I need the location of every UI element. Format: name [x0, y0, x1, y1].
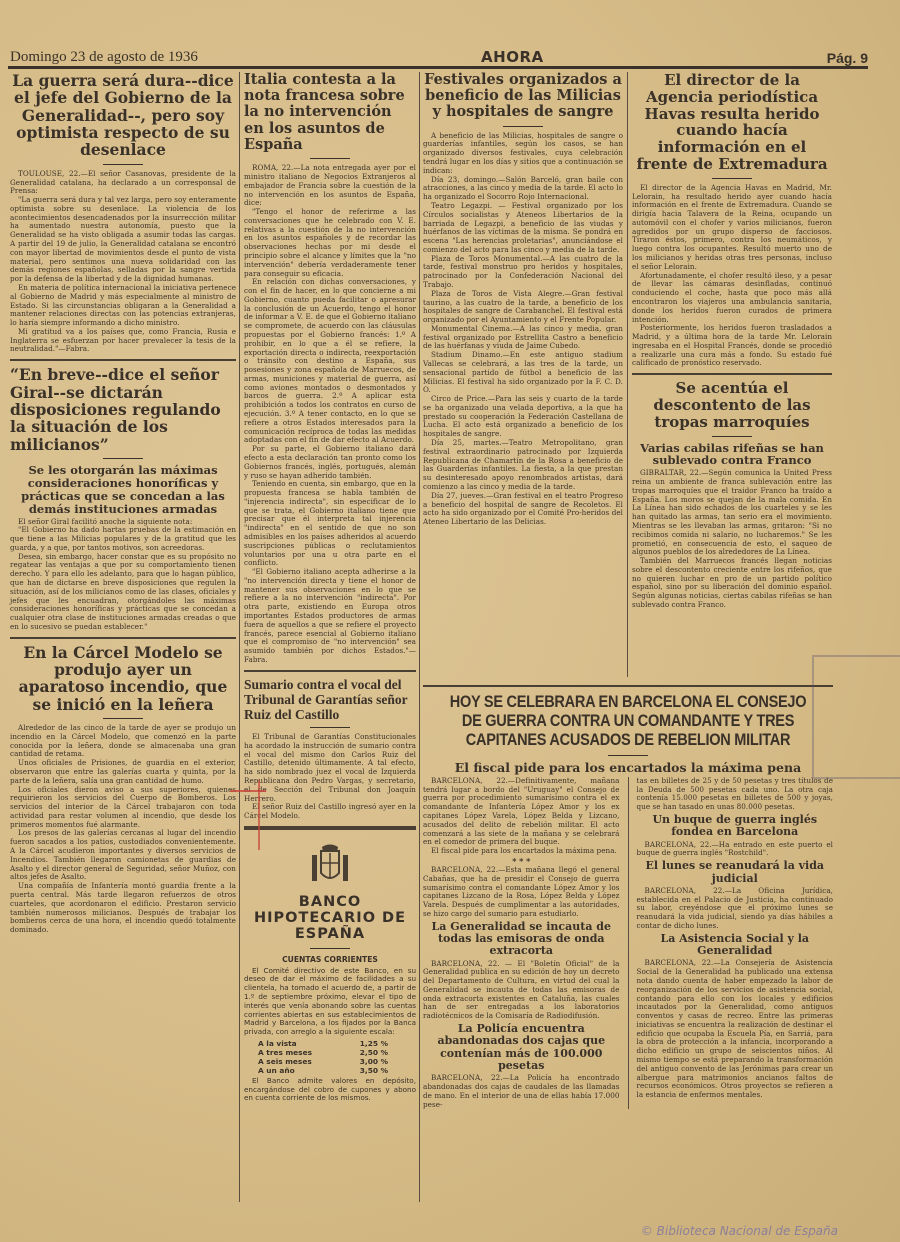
subheadline: Varias cabilas rifeñas se han sublevado …	[632, 442, 832, 468]
ad-intro: El Comité directivo de este Banco, en su…	[244, 967, 416, 1037]
rate-value: 1,25 %	[360, 1039, 388, 1048]
paragraph: Afortunadamente, el chofer resultó ileso…	[632, 272, 832, 325]
paragraph: Plaza de Toros Monumental.—A las cuatro …	[423, 255, 623, 290]
divider	[310, 158, 350, 159]
paragraph: "El Gobierno ha dado hartas pruebas de l…	[10, 526, 236, 552]
paragraph: ROMA, 22.—La nota entregada ayer por el …	[244, 164, 416, 208]
paragraph: Mi gratitud va a los países que, como Fr…	[10, 328, 236, 354]
paragraph: Desea, sin embargo, hacer constar que es…	[10, 553, 236, 632]
rate-row: A seis meses3,00 %	[258, 1057, 388, 1066]
paragraph: Día 23, domingo.—Salón Barceló, gran bai…	[423, 176, 623, 202]
paragraph: BARCELONA, 22.—Ha entrado en este puerto…	[637, 841, 834, 859]
article-consejo-guerra: HOY SE CELEBRARA EN BARCELONA EL CONSEJO…	[423, 685, 833, 1109]
column-3: Festivales organizados a beneficio de la…	[423, 72, 623, 527]
banner-right-column: tas en billetes de 25 y de 50 pesetas y …	[637, 777, 834, 1110]
paragraph: Los presos de las galerías cercanas al l…	[10, 829, 236, 882]
paragraph: El señor Ruiz del Castillo ingresó ayer …	[244, 803, 416, 821]
article-havas: El director de la Agencia periodística H…	[632, 72, 832, 368]
paragraph: El director de la Agencia Havas en Madri…	[632, 184, 832, 272]
red-pencil-mark	[258, 780, 260, 850]
headline: Sumario contra el vocal del Tribunal de …	[244, 677, 416, 722]
paragraph: A beneficio de las Milicias, hospitales …	[423, 132, 623, 176]
headline: El director de la Agencia periodística H…	[632, 72, 832, 173]
article-separator	[244, 670, 416, 672]
divider	[103, 458, 143, 459]
rate-term: A la vista	[258, 1039, 297, 1048]
banner-left-column: BARCELONA, 22.—Definitivamente, mañana t…	[423, 777, 620, 1110]
article-separator	[10, 359, 236, 361]
paragraph: Monumental Cinema.—A las cinco y media, …	[423, 325, 623, 351]
headline: En la Cárcel Modelo se produjo ayer un a…	[10, 644, 236, 713]
divider	[712, 178, 752, 179]
paragraph: BARCELONA, 22.—La Consejería de Asistenc…	[637, 959, 834, 1100]
paragraph: Posteriormente, los heridos fueron trasl…	[632, 324, 832, 368]
column-divider	[627, 72, 628, 677]
paragraph: "Tengo el honor de referirme a las conve…	[244, 208, 416, 278]
rate-row: A la vista1,25 %	[258, 1039, 388, 1048]
paragraph: "El Gobierno italiano acepta adherirse a…	[244, 568, 416, 665]
paragraph: TOULOUSE, 22.—El señor Casanovas, presid…	[10, 170, 236, 196]
issue-date: Domingo 23 de agosto de 1936	[10, 49, 198, 66]
masthead-rule	[8, 66, 868, 69]
headline: “En breve--dice el señor Giral--se dicta…	[10, 366, 236, 453]
paragraph: El fiscal pide para los encartados la má…	[423, 847, 620, 856]
headline: La Generalidad se incauta de todas las e…	[423, 921, 620, 958]
library-watermark: © Biblioteca Nacional de España	[641, 1224, 838, 1238]
paragraph: BARCELONA, 22.—La Policía ha encontrado …	[423, 1074, 620, 1109]
interest-rate-table: A la vista1,25 % A tres meses2,50 % A se…	[258, 1039, 416, 1075]
rate-term: A un año	[258, 1066, 295, 1075]
page-number: Pág. 9	[827, 50, 868, 66]
paragraph: El Tribunal de Garantías Constitucionale…	[244, 733, 416, 803]
paragraph: Plaza de Toros de Vista Alegre.—Gran fes…	[423, 290, 623, 325]
paragraph: tas en billetes de 25 y de 50 pesetas y …	[637, 777, 834, 812]
paragraph: Unos oficiales de Prisiones, de guardia …	[10, 759, 236, 785]
article-marroquies: Se acentúa el descontento de las tropas …	[632, 380, 832, 610]
rate-term: A seis meses	[258, 1057, 312, 1066]
paragraph: GIBRALTAR, 22.—Según comunica la United …	[632, 469, 832, 557]
divider	[103, 718, 143, 719]
red-pencil-mark	[230, 790, 266, 792]
article-carcel-modelo: En la Cárcel Modelo se produjo ayer un a…	[10, 644, 236, 935]
column-divider	[419, 72, 420, 1202]
column-2: Italia contesta a la nota francesa sobre…	[244, 72, 416, 1103]
article-casanovas: La guerra será dura--dice el jefe del Go…	[10, 72, 236, 354]
article-italia: Italia contesta a la nota francesa sobre…	[244, 72, 416, 665]
ad-section-title: CUENTAS CORRIENTES	[244, 955, 416, 964]
headline: La Policía encuentra abandonadas dos caj…	[423, 1023, 620, 1072]
rate-value: 3,50 %	[360, 1066, 388, 1075]
library-stamp	[812, 655, 900, 779]
headline: La guerra será dura--dice el jefe del Go…	[10, 72, 236, 159]
headline: Italia contesta a la nota francesa sobre…	[244, 72, 416, 153]
article-separator	[244, 826, 416, 830]
headline: El lunes se reanudará la vida judicial	[637, 860, 834, 885]
column-divider	[239, 72, 240, 1202]
article-sumario: Sumario contra el vocal del Tribunal de …	[244, 677, 416, 821]
headline: Se acentúa el descontento de las tropas …	[632, 380, 832, 430]
subheadline: Se les otorgarán las máximas consideraci…	[10, 464, 236, 516]
paragraph: Teatro Legazpi. — Festival organizado po…	[423, 202, 623, 255]
rate-row: A tres meses2,50 %	[258, 1048, 388, 1057]
article-separator	[423, 685, 833, 687]
banner-columns: BARCELONA, 22.—Definitivamente, mañana t…	[423, 777, 833, 1110]
headline: Festivales organizados a beneficio de la…	[423, 72, 623, 121]
divider	[103, 164, 143, 165]
subheadline: El fiscal pide para los encartados la má…	[423, 761, 833, 775]
paragraph: Teniendo en cuenta, sin embargo, que en …	[244, 480, 416, 568]
article-giral: “En breve--dice el señor Giral--se dicta…	[10, 366, 236, 631]
paragraph: BARCELONA, 22. — El "Boletín Oficial" de…	[423, 960, 620, 1021]
paragraph: Circo de Price.—Para las seis y cuarto d…	[423, 395, 623, 439]
column-1: La guerra será dura--dice el jefe del Go…	[10, 72, 236, 935]
paragraph: BARCELONA, 22.—La Oficina Jurídica, esta…	[637, 887, 834, 931]
masthead: Domingo 23 de agosto de 1936 AHORA Pág. …	[10, 44, 868, 66]
divider	[310, 727, 350, 728]
paragraph: BARCELONA, 22.—Definitivamente, mañana t…	[423, 777, 620, 847]
column-4: El director de la Agencia periodística H…	[632, 72, 832, 610]
rate-term: A tres meses	[258, 1048, 312, 1057]
paragraph: BARCELONA, 22.—Esta mañana llegó el gene…	[423, 866, 620, 919]
rate-value: 2,50 %	[360, 1048, 388, 1057]
divider	[310, 948, 350, 949]
article-separator	[632, 373, 832, 375]
paragraph: También del Marruecos francés llegan not…	[632, 557, 832, 610]
paragraph: Una compañía de Infantería montó guardia…	[10, 882, 236, 935]
paragraph: En materia de política internacional la …	[10, 284, 236, 328]
paragraph: Stadium Dinamo.—En este antiguo stadium …	[423, 351, 623, 395]
bank-name: BANCO HIPOTECARIO DE ESPAÑA	[244, 895, 416, 943]
divider	[712, 436, 752, 437]
paragraph: Los oficiales dieron aviso a sus superio…	[10, 786, 236, 830]
paragraph: Día 25, martes.—Teatro Metropolitano, gr…	[423, 439, 623, 492]
advertisement-banco-hipotecario: BANCO HIPOTECARIO DE ESPAÑA CUENTAS CORR…	[244, 835, 416, 1103]
column-divider	[628, 777, 629, 1110]
newspaper-title: AHORA	[481, 48, 544, 66]
paragraph: Por su parte, el Gobierno italiano dará …	[244, 445, 416, 480]
ad-outro: El Banco admite valores en depósito, enc…	[244, 1077, 416, 1103]
divider	[503, 126, 543, 127]
banner-headline: HOY SE CELEBRARA EN BARCELONA EL CONSEJO…	[448, 693, 809, 750]
article-festivales: Festivales organizados a beneficio de la…	[423, 72, 623, 527]
rate-row: A un año3,50 %	[258, 1066, 388, 1075]
headline: La Asistencia Social y la Generalidad	[637, 933, 834, 958]
headline: Un buque de guerra inglés fondea en Barc…	[637, 814, 834, 839]
paragraph: Día 27, jueves.—Gran festival en el teat…	[423, 492, 623, 527]
rate-value: 3,00 %	[360, 1057, 388, 1066]
paragraph: Alrededor de las cinco de la tarde de ay…	[10, 724, 236, 759]
paragraph: "La guerra será dura y tal vez larga, pe…	[10, 196, 236, 284]
article-separator	[10, 637, 236, 639]
coat-of-arms-icon	[309, 843, 351, 887]
divider	[608, 755, 648, 756]
paragraph: En relación con dichas conversaciones, y…	[244, 278, 416, 445]
